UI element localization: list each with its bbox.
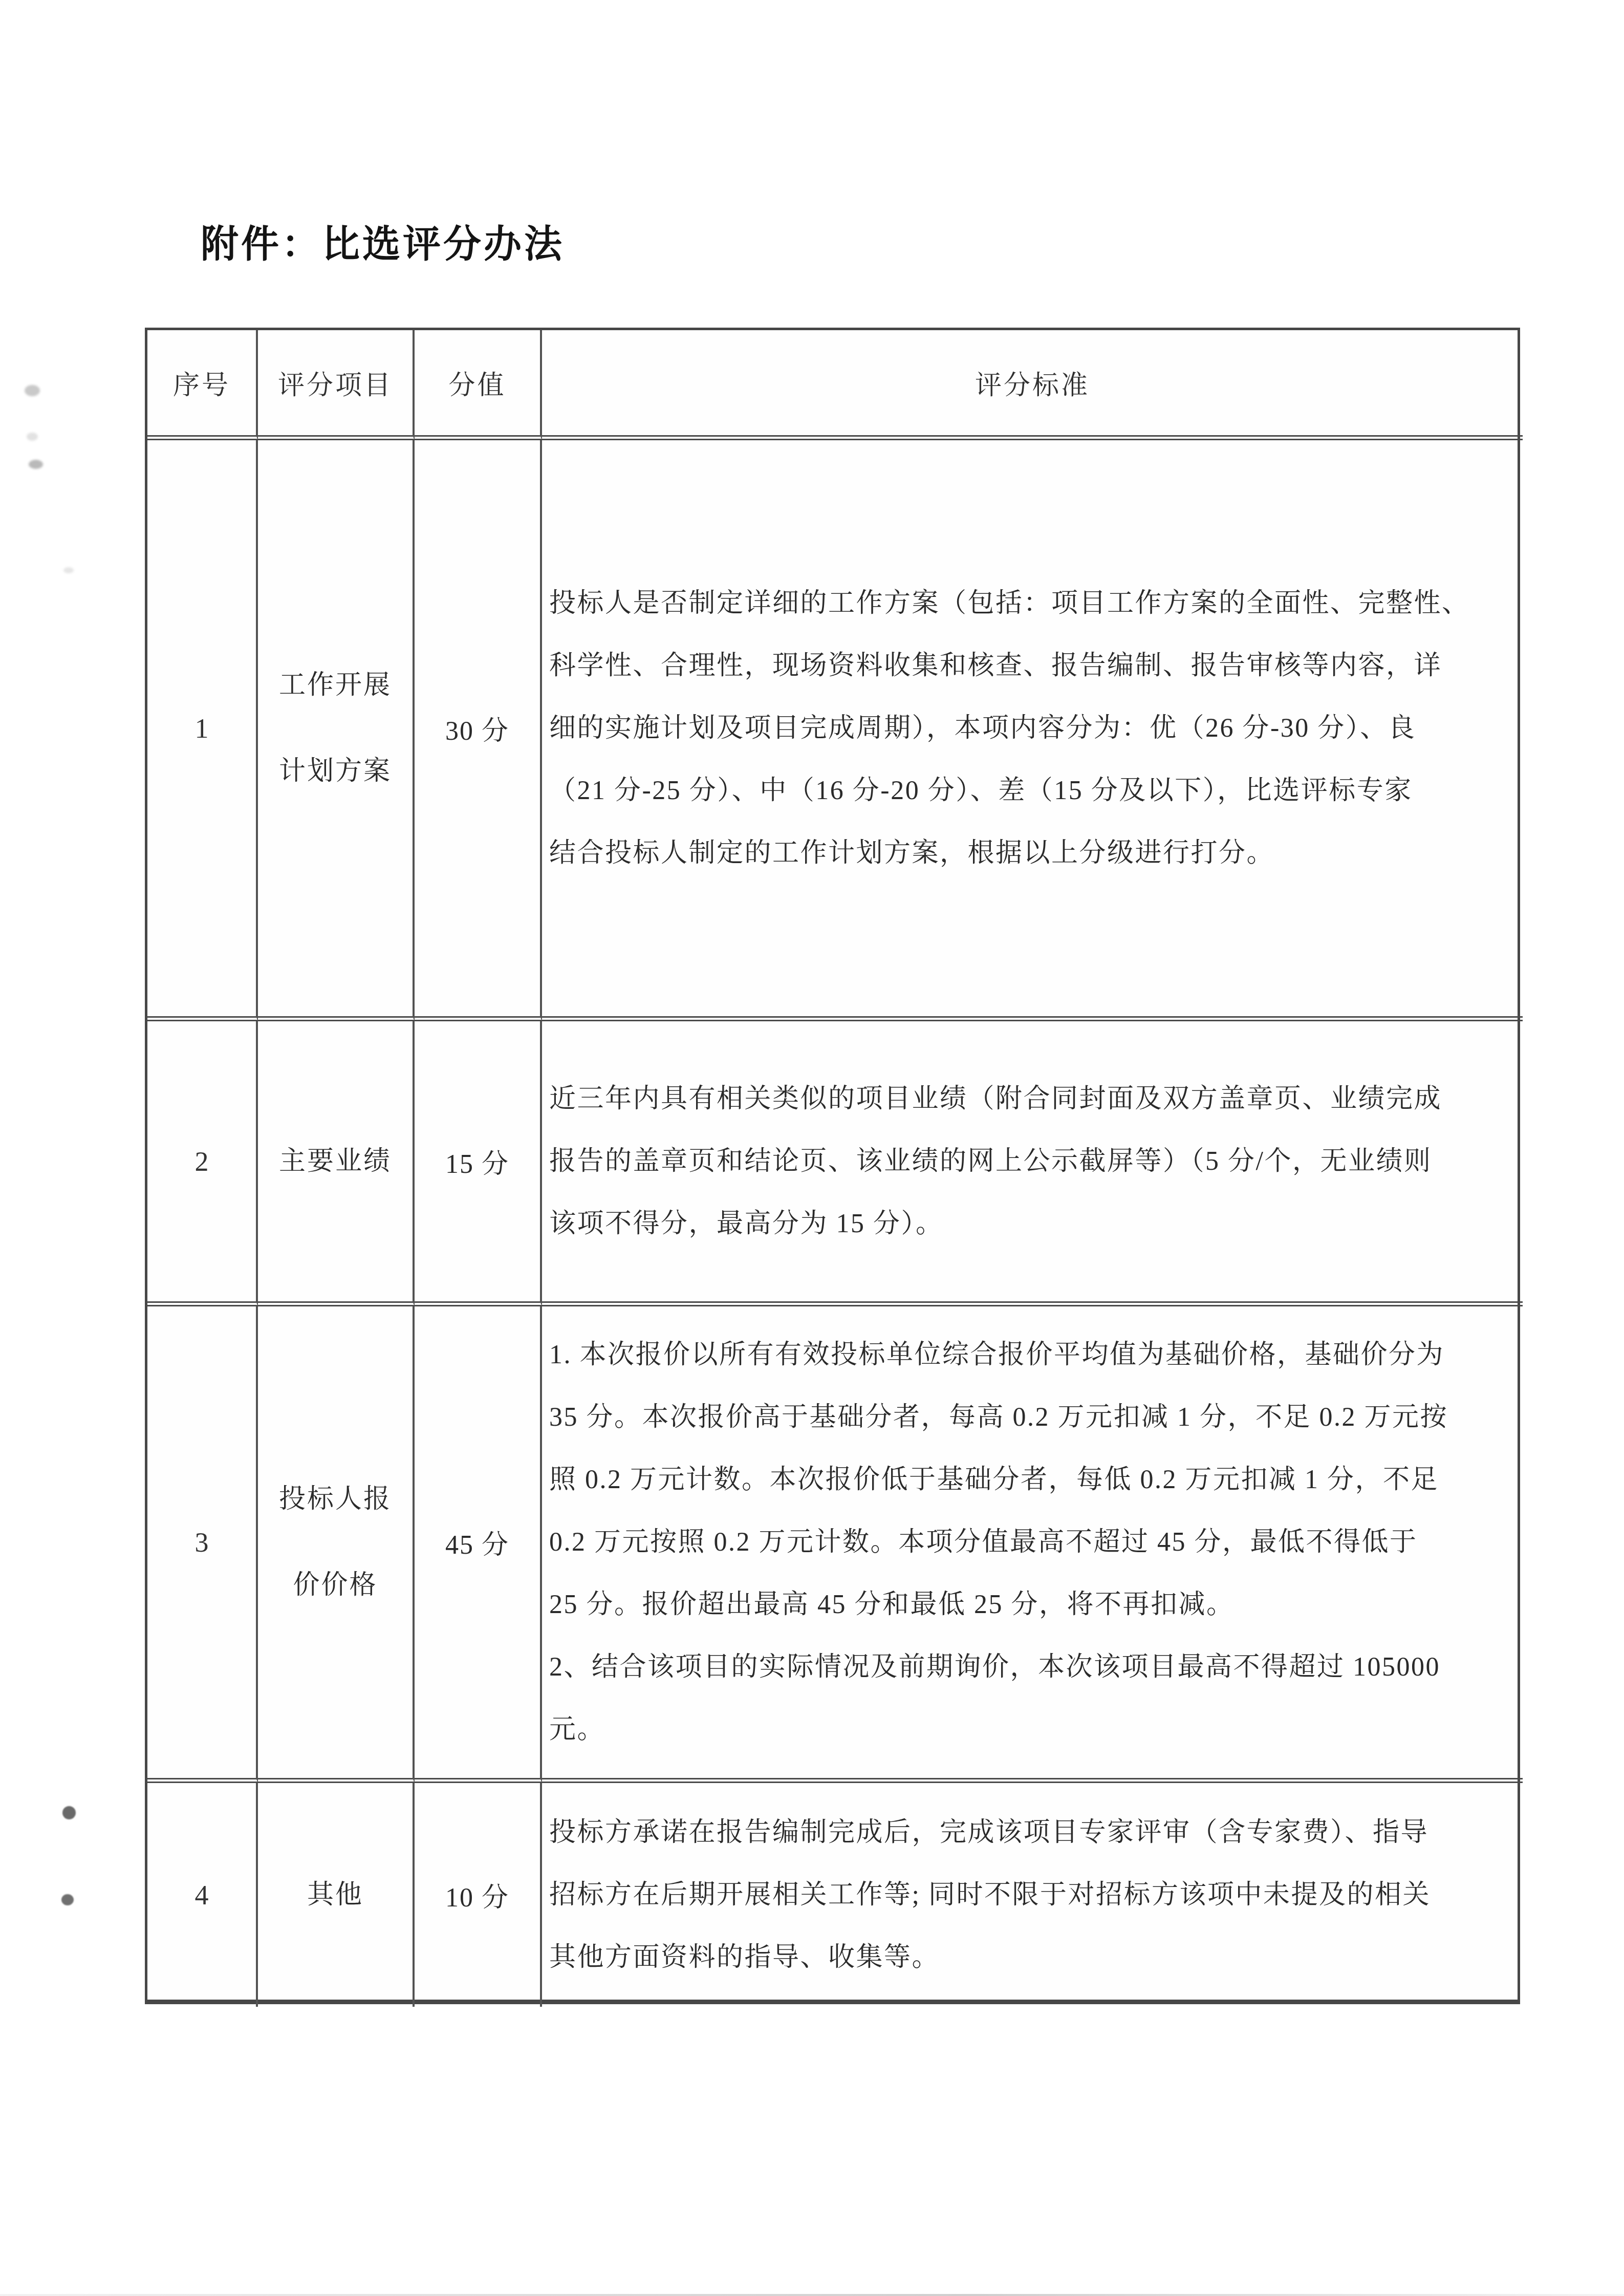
criteria-cell: 1. 本次报价以所有有效投标单位综合报价平均值为基础价格，基础价分为 35 分。… — [542, 1306, 1523, 1783]
item-cell: 其他 — [258, 1783, 415, 2007]
item-text: 其他 — [307, 1852, 363, 1938]
item-cell: 主要业绩 — [258, 1021, 415, 1306]
score-cell: 15 分 — [415, 1021, 542, 1306]
item-cell: 工作开展 计划方案 — [258, 440, 415, 1021]
item-cell: 投标人报 价价格 — [258, 1306, 415, 1783]
scan-speck — [25, 385, 40, 396]
header-cell-serial: 序号 — [147, 330, 258, 440]
score-cell: 10 分 — [415, 1783, 542, 2007]
scan-speck — [61, 1894, 74, 1905]
scan-speck — [27, 433, 38, 441]
serial-cell: 3 — [147, 1306, 258, 1783]
scan-speck — [63, 567, 74, 573]
header-cell-score: 分值 — [415, 330, 542, 440]
criteria-text: 近三年内具有相关类似的项目业绩（附合同封面及双方盖章页、业绩完成 报告的盖章页和… — [549, 1068, 1499, 1255]
criteria-text: 投标人是否制定详细的工作方案（包括：项目工作方案的全面性、完整性、 科学性、合理… — [549, 572, 1499, 885]
scan-speck — [29, 460, 43, 469]
header-cell-item: 评分项目 — [258, 330, 415, 440]
serial-cell: 2 — [147, 1021, 258, 1306]
document-page: 附件：比选评分办法 序号 评分项目 分值 评分标准 1 工作开展 计划方案 30… — [0, 0, 1624, 2296]
serial-cell: 1 — [147, 440, 258, 1021]
scan-speck — [62, 1806, 76, 1819]
criteria-cell: 投标人是否制定详细的工作方案（包括：项目工作方案的全面性、完整性、 科学性、合理… — [542, 440, 1523, 1021]
criteria-cell: 近三年内具有相关类似的项目业绩（附合同封面及双方盖章页、业绩完成 报告的盖章页和… — [542, 1021, 1523, 1306]
score-cell: 45 分 — [415, 1306, 542, 1783]
serial-cell: 4 — [147, 1783, 258, 2007]
score-cell: 30 分 — [415, 440, 542, 1021]
item-text: 主要业绩 — [279, 1119, 392, 1205]
criteria-text: 1. 本次报价以所有有效投标单位综合报价平均值为基础价格，基础价分为 35 分。… — [549, 1324, 1499, 1761]
item-text: 投标人报 价价格 — [279, 1456, 392, 1628]
page-title: 附件：比选评分办法 — [201, 214, 565, 268]
criteria-text: 投标方承诺在报告编制完成后，完成该项目专家评审（含专家费）、指导 招标方在后期开… — [549, 1801, 1499, 1989]
page-bottom-edge — [0, 2294, 1624, 2296]
header-cell-criteria: 评分标准 — [542, 330, 1523, 440]
scoring-table: 序号 评分项目 分值 评分标准 1 工作开展 计划方案 30 分 投标人是否制定… — [145, 328, 1520, 2004]
item-text: 工作开展 计划方案 — [279, 642, 392, 814]
criteria-cell: 投标方承诺在报告编制完成后，完成该项目专家评审（含专家费）、指导 招标方在后期开… — [542, 1783, 1523, 2007]
